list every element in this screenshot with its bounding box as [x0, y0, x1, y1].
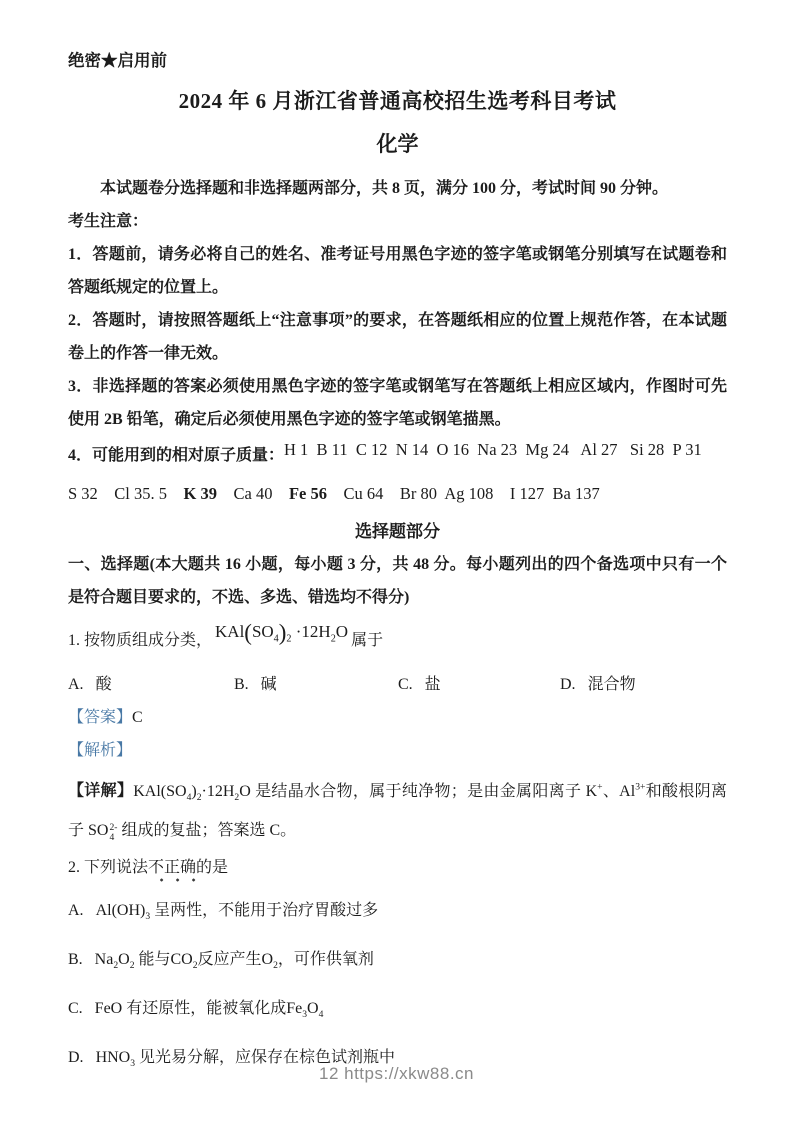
analysis-tag: 【解析】 [68, 742, 132, 759]
analysis-line: 【解析】 [68, 734, 727, 767]
atomic-mass-label: 4．可能用到的相对原子质量： [68, 447, 284, 464]
notice-item-1: 1．答题前，请务必将自己的姓名、准考证号用黑色字迹的签字笔或钢笔分别填写在试题卷… [68, 238, 727, 304]
question-2-option-a: A. Al(OH)3 呈两性，不能用于治疗胃酸过多 [68, 894, 727, 933]
option-b-label: B. [68, 951, 87, 968]
page-footer-url: 12 https://xkw88.cn [0, 1064, 793, 1084]
question-2-number: 2. [68, 859, 84, 876]
detail-paragraph: 【详解】KAl(SO4)2·12H2O 是结晶水合物，属于纯净物；是由金属阳离子… [68, 770, 727, 847]
answer-line: 【答案】C [68, 701, 727, 734]
question-2-option-c: C. FeO 有还原性，能被氧化成Fe3O4 [68, 992, 727, 1031]
question-1-suffix: 属于 [351, 632, 383, 649]
question-2-emphasis: 不正确 [148, 859, 196, 882]
option-c-label: C. [68, 1000, 87, 1017]
atomic-mass-line-2: S 32 Cl 35. 5 K 39 Ca 40 Fe 56 Cu 64 Br … [68, 475, 727, 513]
option-a-label: A. [68, 902, 88, 919]
question-1-number: 1. [68, 632, 84, 649]
option-b-label: B. [234, 676, 253, 693]
notice-item-4: 4．可能用到的相对原子质量：H 1 B 11 C 12 N 14 O 16 Na… [68, 436, 727, 475]
question-1-option-d: D. 混合物 [560, 668, 727, 701]
atomic-mass-line-1: H 1 B 11 C 12 N 14 O 16 Na 23 Mg 24 Al 2… [284, 440, 702, 459]
notice-item-2: 2．答题时，请按照答题纸上“注意事项”的要求，在答题纸相应的位置上规范作答，在本… [68, 304, 727, 370]
question-1-option-a: A. 酸 [68, 668, 234, 701]
question-2-option-b: B. Na2O2 能与CO2反应产生O2，可作供氧剂 [68, 943, 727, 982]
option-c-content: FeO 有还原性，能被氧化成Fe3O4 [95, 1000, 324, 1017]
question-1-option-c: C. 盐 [398, 668, 560, 701]
option-b-content: Na2O2 能与CO2反应产生O2，可作供氧剂 [95, 951, 374, 968]
question-2-suffix: 的是 [196, 859, 228, 876]
question-1-text: 按物质组成分类， [84, 632, 212, 649]
secrecy-label: 绝密★启用前 [68, 50, 727, 72]
notice-heading: 考生注意： [68, 205, 727, 238]
section-instruction: 一、选择题(本大题共 16 小题，每小题 3 分，共 48 分。每小题列出的四个… [68, 548, 727, 614]
question-1-options: A. 酸 B. 碱 C. 盐 D. 混合物 [68, 668, 727, 701]
question-2-text: 下列说法 [84, 859, 148, 876]
question-2-stem: 2. 下列说法不正确的是 [68, 851, 727, 884]
option-c-text: 盐 [425, 676, 441, 693]
detail-text: KAl(SO4)2·12H2O 是结晶水合物，属于纯净物；是由金属阳离子 K+、… [68, 783, 727, 839]
option-a-label: A. [68, 676, 88, 693]
option-d-label: D. [560, 676, 580, 693]
answer-value: C [132, 709, 143, 726]
exam-intro: 本试题卷分选择题和非选择题两部分，共 8 页，满分 100 分，考试时间 90 … [68, 172, 727, 205]
answer-tag: 【答案】 [68, 709, 132, 726]
section-part-title: 选择题部分 [68, 515, 727, 548]
notice-item-3: 3．非选择题的答案必须使用黑色字迹的签字笔或钢笔写在答题纸上相应区域内，作图时可… [68, 370, 727, 436]
option-b-text: 碱 [261, 676, 277, 693]
option-a-content: Al(OH)3 呈两性，不能用于治疗胃酸过多 [96, 902, 379, 919]
detail-tag: 【详解】 [68, 783, 133, 800]
question-1-formula: KAl(SO4)2 ·12H2O [215, 612, 348, 659]
option-c-label: C. [398, 676, 417, 693]
option-a-text: 酸 [96, 676, 112, 693]
exam-subject: 化学 [68, 130, 727, 158]
question-1-stem: 1. 按物质组成分类，KAl(SO4)2 ·12H2O属于 [68, 620, 727, 667]
exam-title: 2024 年 6 月浙江省普通高校招生选考科目考试 [68, 87, 727, 115]
exam-paper-page: 绝密★启用前 2024 年 6 月浙江省普通高校招生选考科目考试 化学 本试题卷… [0, 0, 793, 1122]
question-1-option-b: B. 碱 [234, 668, 398, 701]
option-d-text: 混合物 [588, 676, 636, 693]
